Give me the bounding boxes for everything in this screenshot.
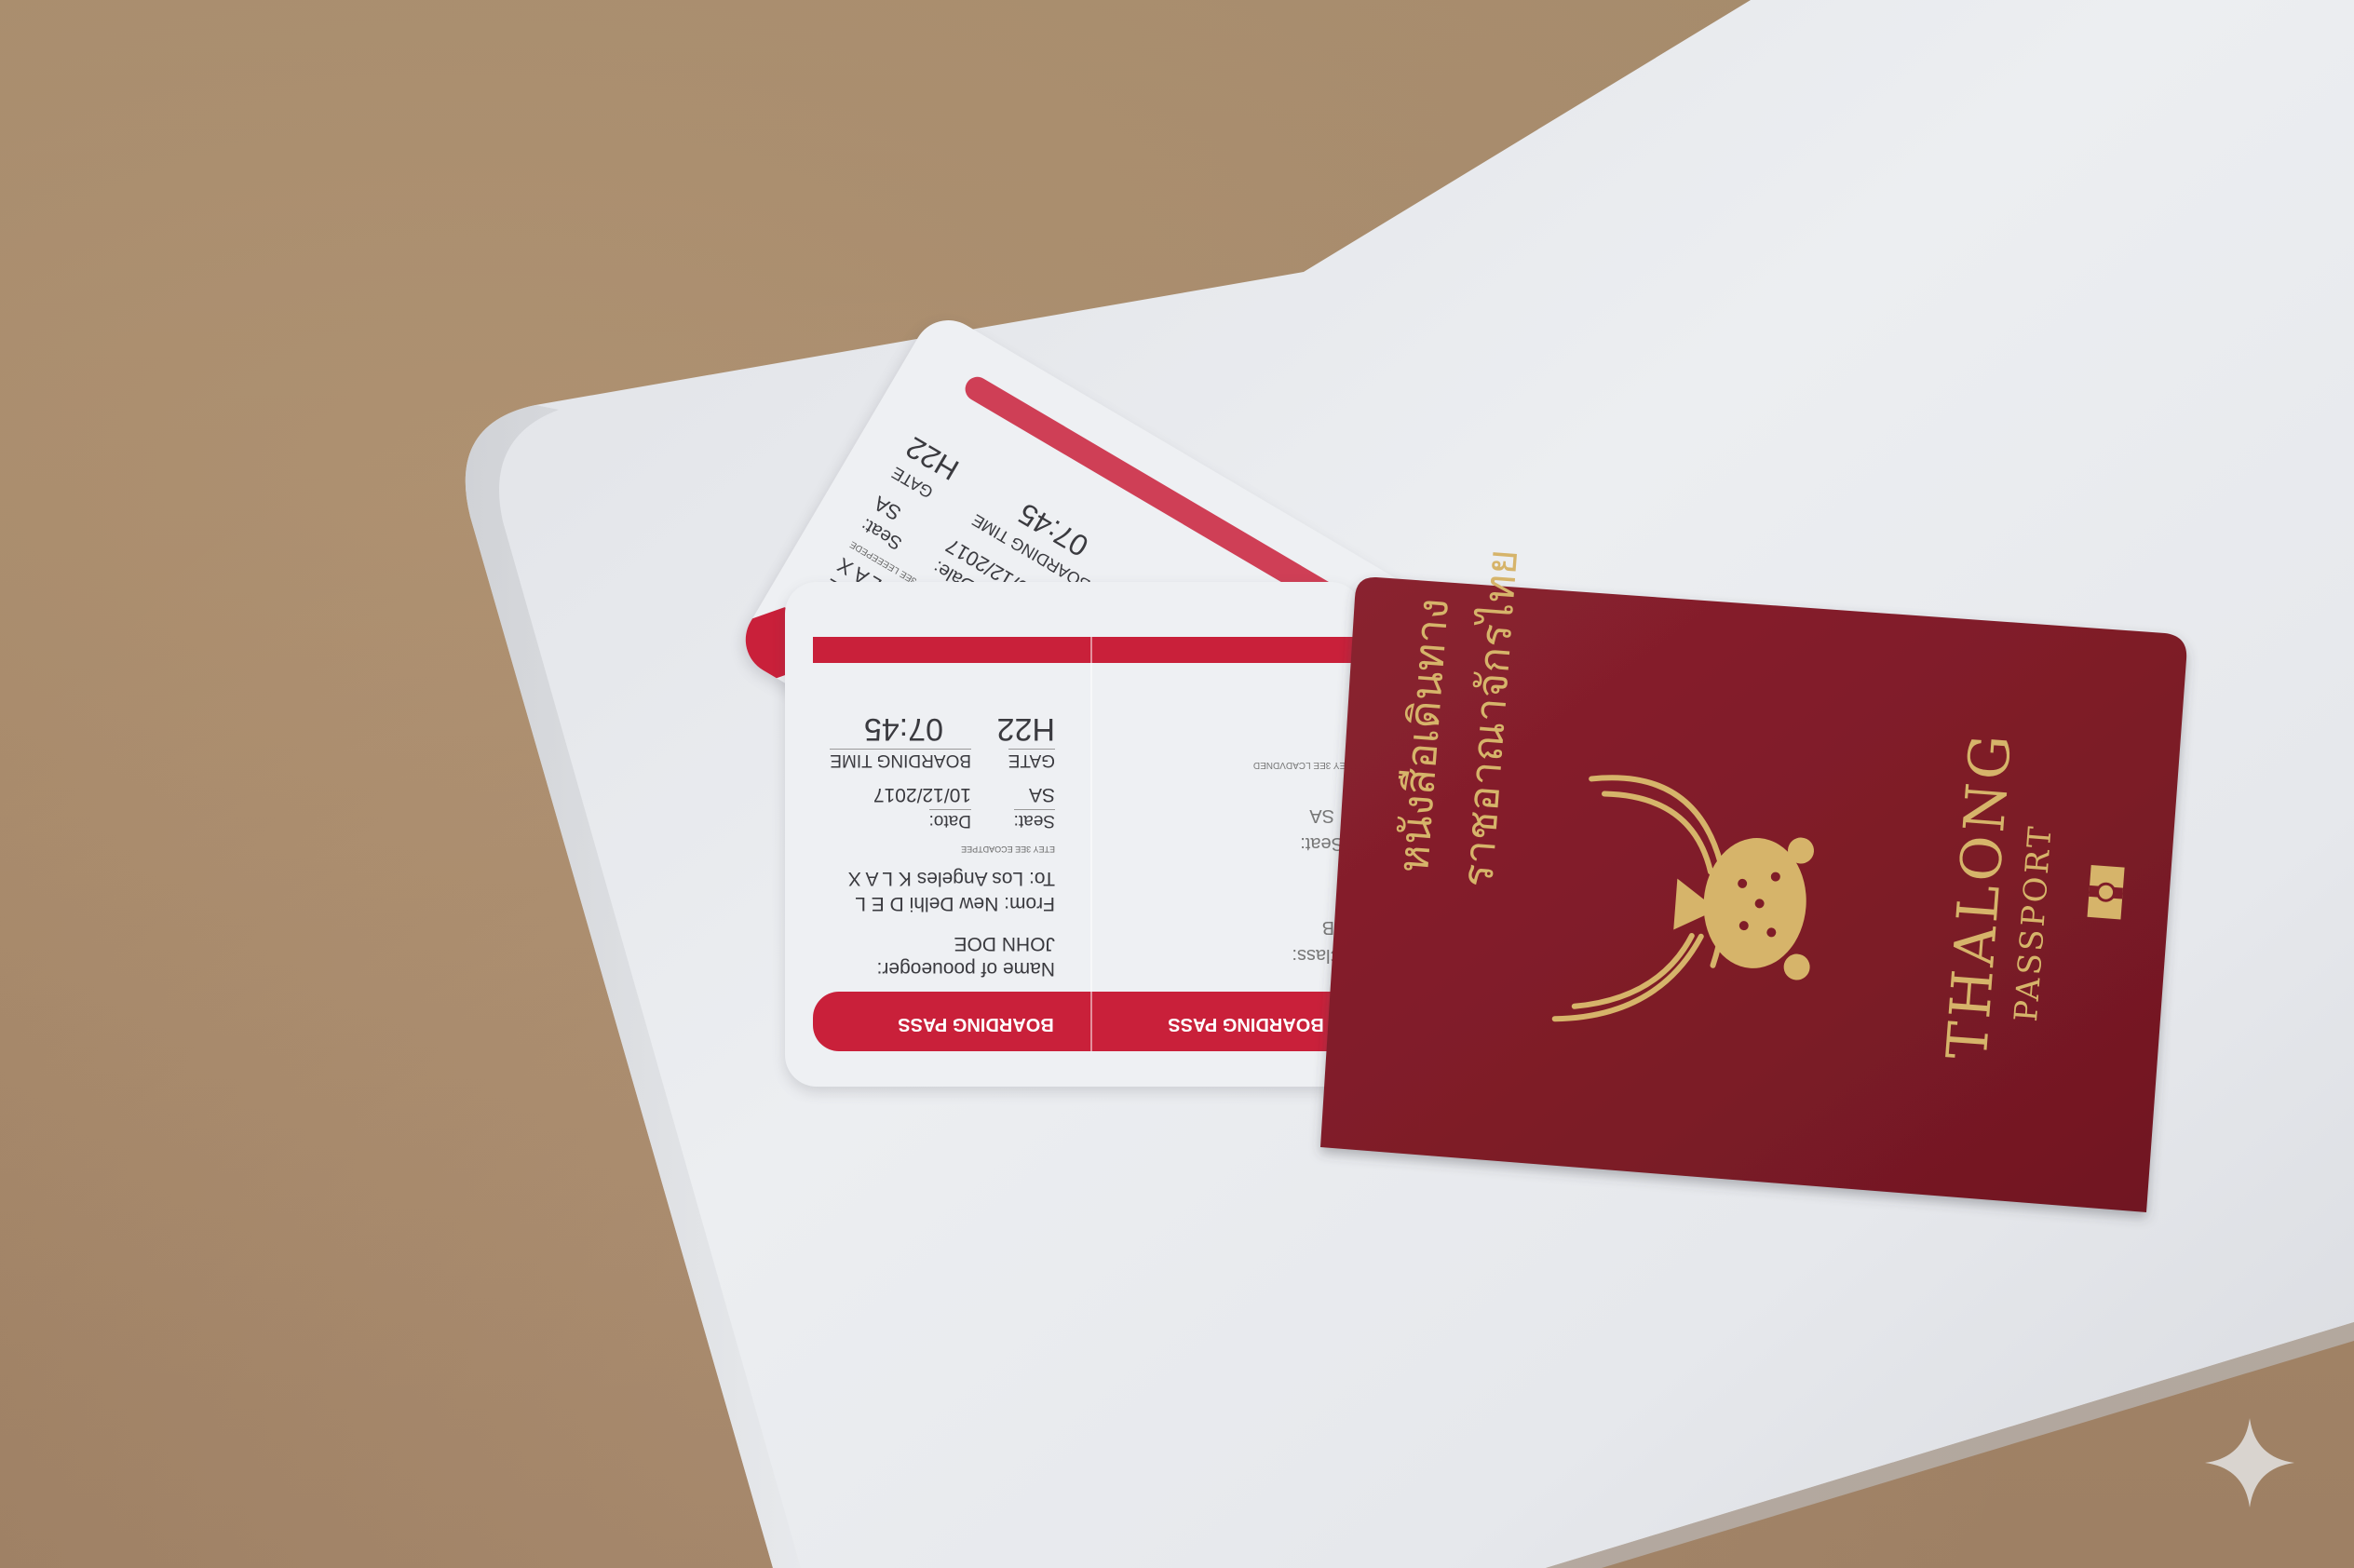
route-to: To: Los Angeles K L A X — [848, 867, 1055, 889]
header-label: BOARDING PASS — [869, 1013, 1083, 1034]
boarding-time-value: 07:45 — [864, 710, 943, 747]
seat-value: SA — [1029, 783, 1055, 805]
passenger-name: JOHN DOE — [954, 932, 1055, 954]
fine-print: ETEY 3EE ECOADTPEE — [961, 845, 1055, 854]
route-from: From: New Delhi D E L — [855, 892, 1055, 914]
passenger-label: Name of pooueoger: — [877, 957, 1055, 980]
ticket-footer-band — [813, 637, 1362, 663]
date-value: 10/12/2017 — [873, 783, 971, 805]
gate-value: H22 — [997, 710, 1055, 747]
photo-scene: Name of pooueoger: JOHN DOE From: New De… — [0, 0, 2354, 1568]
gate-label: GATE — [1008, 749, 1055, 770]
passport-cover-text: หนังสือเดินทาง ราชอาณาจักรไทย THAL — [1299, 546, 2211, 1251]
biometric-chip-icon — [2085, 863, 2126, 922]
boarding-pass-front: BOARDING PASS BOARDING PASS Class: B Sea… — [785, 582, 1362, 1087]
passport-thai-line-2: ราชอาณาจักรไทย — [1443, 547, 1536, 889]
garuda-emblem-icon — [1545, 739, 1873, 1050]
date-label: Dato: — [929, 809, 971, 831]
boarding-time-label: BOARDING TIME — [830, 749, 971, 770]
seat-label: Seat: — [1014, 809, 1055, 831]
perforation-line — [1090, 637, 1092, 1051]
sparkle-icon — [2205, 1418, 2294, 1507]
